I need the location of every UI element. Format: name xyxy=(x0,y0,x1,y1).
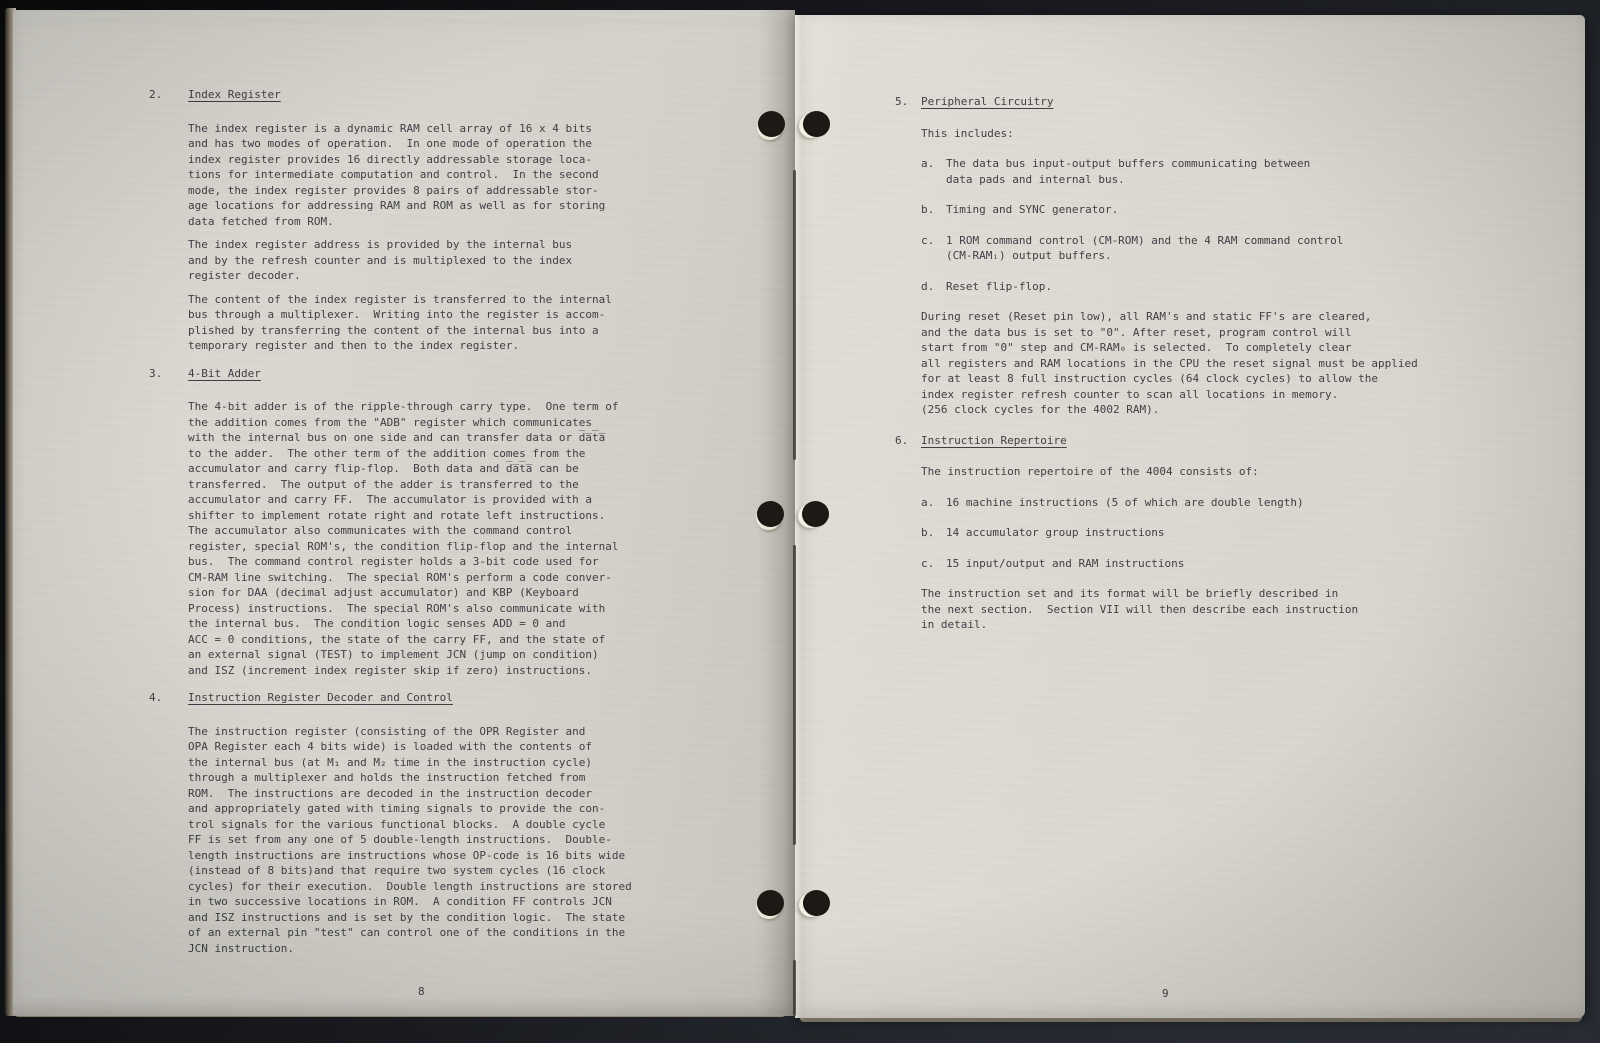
text-line: The instruction set and its format will … xyxy=(921,586,1585,602)
section-title: Instruction Repertoire xyxy=(921,434,1067,447)
right-page-content: 5.Peripheral CircuitryThis includes:a.Th… xyxy=(795,15,1585,648)
text-line: and ISZ instructions and is set by the c… xyxy=(188,910,795,926)
section-number: 3. xyxy=(149,366,162,382)
text-line: ACC = 0 conditions, the state of the car… xyxy=(188,632,795,648)
section-number: 5. xyxy=(895,94,908,110)
text-line: Reset flip-flop. xyxy=(946,279,1585,295)
text-line: sion for DAA (decimal adjust accumulator… xyxy=(188,585,795,601)
text-line: all registers and RAM locations in the C… xyxy=(921,356,1585,372)
binder-hole xyxy=(803,890,830,916)
text-line: 15 input/output and RAM instructions xyxy=(946,556,1585,572)
section-number: 4. xyxy=(149,690,162,706)
text-line: (CM-RAMᵢ) output buffers. xyxy=(946,248,1585,264)
text-line: mode, the index register provides 8 pair… xyxy=(188,183,795,199)
text-line: the internal bus (at M₁ and M₂ time in t… xyxy=(188,755,795,771)
text-line: and the data bus is set to "0". After re… xyxy=(921,325,1585,341)
text-line: The instruction register (consisting of … xyxy=(188,724,795,740)
paragraph: The index register is a dynamic RAM cell… xyxy=(13,121,795,230)
binder-hole xyxy=(757,890,784,916)
text-line: cycles) for their execution. Double leng… xyxy=(188,879,795,895)
paragraph: During reset (Reset pin low), all RAM's … xyxy=(795,309,1585,418)
section-heading: 4.Instruction Register Decoder and Contr… xyxy=(13,690,795,706)
section-heading: 5.Peripheral Circuitry xyxy=(795,94,1585,110)
text-line: ROM. The instructions are decoded in the… xyxy=(188,786,795,802)
spine-gap xyxy=(793,960,796,1016)
photo-background: 2.Index RegisterThe index register is a … xyxy=(0,0,1600,1043)
text-line: JCN instruction. xyxy=(188,941,795,957)
list-letter: c. xyxy=(921,233,934,249)
paragraph: The 4-bit adder is of the ripple-through… xyxy=(13,399,795,678)
paragraph: The instruction set and its format will … xyxy=(795,586,1585,633)
page-number: 9 xyxy=(1162,987,1169,1000)
text-line: (instead of 8 bits)and that require two … xyxy=(188,863,795,879)
text-line: bus. The command control register holds … xyxy=(188,554,795,570)
text-line: 16 machine instructions (5 of which are … xyxy=(946,495,1585,511)
text-line: an external signal (TEST) to implement J… xyxy=(188,647,795,663)
text-line: with the internal bus on one side and ca… xyxy=(188,430,795,446)
text-line: bus through a multiplexer. Writing into … xyxy=(188,307,795,323)
section-heading: 6.Instruction Repertoire xyxy=(795,433,1585,449)
list-item: c.15 input/output and RAM instructions xyxy=(795,556,1585,572)
text-line: and ISZ (increment index register skip i… xyxy=(188,663,795,679)
paragraph: The index register address is provided b… xyxy=(13,237,795,284)
spine-gap xyxy=(793,170,796,460)
text-line: register decoder. xyxy=(188,268,795,284)
text-line: accumulator and carry flip-flop. Both da… xyxy=(188,461,795,477)
text-line: register, special ROM's, the condition f… xyxy=(188,539,795,555)
section-title: 4-Bit Adder xyxy=(188,367,261,380)
text-line: index register provides 16 directly addr… xyxy=(188,152,795,168)
list-item: c.1 ROM command control (CM-ROM) and the… xyxy=(795,233,1585,264)
paragraph: The instruction register (consisting of … xyxy=(13,724,795,957)
binder-hole xyxy=(802,501,829,527)
text-line: age locations for addressing RAM and ROM… xyxy=(188,198,795,214)
text-line: FF is set from any one of 5 double-lengt… xyxy=(188,832,795,848)
list-letter: b. xyxy=(921,202,934,218)
text-line: Process) instructions. The special ROM's… xyxy=(188,601,795,617)
text-line: start from "0" step and CM-RAM₀ is selec… xyxy=(921,340,1585,356)
text-line: (256 clock cycles for the 4002 RAM). xyxy=(921,402,1585,418)
paragraph: The instruction repertoire of the 4004 c… xyxy=(795,464,1585,480)
text-line: transferred. The output of the adder is … xyxy=(188,477,795,493)
text-line: OPA Register each 4 bits wide) is loaded… xyxy=(188,739,795,755)
list-letter: a. xyxy=(921,495,934,511)
text-line: index register refresh counter to scan a… xyxy=(921,387,1585,403)
section-title: Index Register xyxy=(188,88,281,101)
text-line: and by the refresh counter and is multip… xyxy=(188,253,795,269)
section-heading: 3.4-Bit Adder xyxy=(13,366,795,382)
text-line: for at least 8 full instruction cycles (… xyxy=(921,371,1585,387)
page-number: 8 xyxy=(418,985,425,998)
text-line: accumulator and carry FF. The accumulato… xyxy=(188,492,795,508)
text-line: The accumulator also communicates with t… xyxy=(188,523,795,539)
paragraph: The content of the index register is tra… xyxy=(13,292,795,354)
list-item: d.Reset flip-flop. xyxy=(795,279,1585,295)
text-line: and has two modes of operation. In one m… xyxy=(188,136,795,152)
text-line: data fetched from ROM. xyxy=(188,214,795,230)
text-line: The index register address is provided b… xyxy=(188,237,795,253)
binder-hole xyxy=(757,501,784,527)
text-line: shifter to implement rotate right and ro… xyxy=(188,508,795,524)
text-line: of an external pin "test" can control on… xyxy=(188,925,795,941)
text-line: through a multiplexer and holds the inst… xyxy=(188,770,795,786)
text-line: The 4-bit adder is of the ripple-through… xyxy=(188,399,795,415)
text-line: trol signals for the various functional … xyxy=(188,817,795,833)
text-line: The instruction repertoire of the 4004 c… xyxy=(921,464,1585,480)
text-line: plished by transferring the content of t… xyxy=(188,323,795,339)
list-letter: c. xyxy=(921,556,934,572)
paragraph: This includes: xyxy=(795,126,1585,142)
text-line: This includes: xyxy=(921,126,1585,142)
text-line: Timing and SYNC generator. xyxy=(946,202,1585,218)
list-item: a.16 machine instructions (5 of which ar… xyxy=(795,495,1585,511)
binder-hole xyxy=(803,111,830,137)
list-item: a.The data bus input-output buffers comm… xyxy=(795,156,1585,187)
text-line: 1 ROM command control (CM-ROM) and the 4… xyxy=(946,233,1585,249)
text-line: in two successive locations in ROM. A co… xyxy=(188,894,795,910)
text-line: tions for intermediate computation and c… xyxy=(188,167,795,183)
text-line: 14 accumulator group instructions xyxy=(946,525,1585,541)
spine-gap xyxy=(793,545,796,845)
list-item: b.14 accumulator group instructions xyxy=(795,525,1585,541)
left-page-content: 2.Index RegisterThe index register is a … xyxy=(13,10,795,964)
list-item: b.Timing and SYNC generator. xyxy=(795,202,1585,218)
section-number: 2. xyxy=(149,87,162,103)
list-letter: b. xyxy=(921,525,934,541)
text-line: The data bus input-output buffers commun… xyxy=(946,156,1585,172)
right-page: 5.Peripheral CircuitryThis includes:a.Th… xyxy=(795,15,1585,1018)
left-page: 2.Index RegisterThe index register is a … xyxy=(13,10,795,1016)
text-line: length instructions are instructions who… xyxy=(188,848,795,864)
section-number: 6. xyxy=(895,433,908,449)
text-line: During reset (Reset pin low), all RAM's … xyxy=(921,309,1585,325)
text-line: The index register is a dynamic RAM cell… xyxy=(188,121,795,137)
text-line: the next section. Section VII will then … xyxy=(921,602,1585,618)
text-line: in detail. xyxy=(921,617,1585,633)
text-line: the internal bus. The condition logic se… xyxy=(188,616,795,632)
text-line: the addition comes from the "ADB" regist… xyxy=(188,415,795,431)
text-line: data pads and internal bus. xyxy=(946,172,1585,188)
binder-hole xyxy=(758,111,785,137)
text-line: temporary register and then to the index… xyxy=(188,338,795,354)
text-line: CM-RAM line switching. The special ROM's… xyxy=(188,570,795,586)
text-line: to the adder. The other term of the addi… xyxy=(188,446,795,462)
list-letter: d. xyxy=(921,279,934,295)
section-heading: 2.Index Register xyxy=(13,87,795,103)
list-letter: a. xyxy=(921,156,934,172)
text-line: and appropriately gated with timing sign… xyxy=(188,801,795,817)
section-title: Peripheral Circuitry xyxy=(921,95,1053,108)
section-title: Instruction Register Decoder and Control xyxy=(188,691,453,704)
text-line: The content of the index register is tra… xyxy=(188,292,795,308)
